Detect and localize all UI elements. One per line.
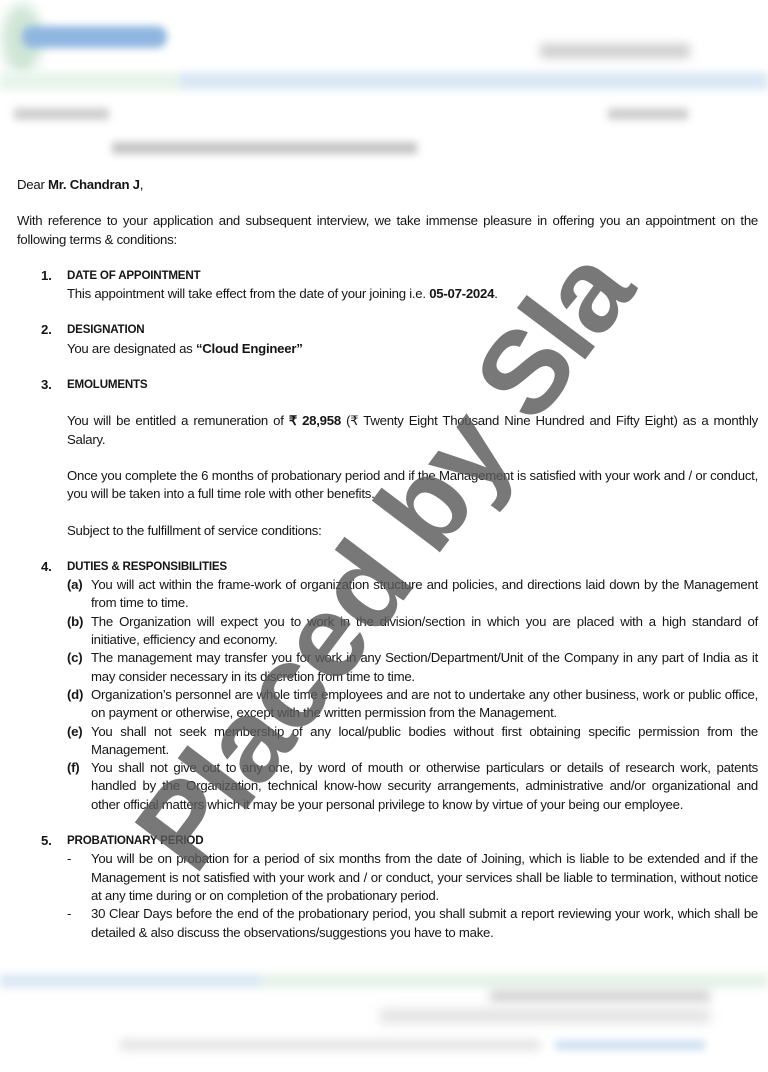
text: You are designated as xyxy=(67,341,196,356)
list-item: (d)Organization’s personnel are whole ti… xyxy=(67,686,758,723)
list-item: (e)You shall not seek membership of any … xyxy=(67,723,758,760)
section-emoluments: 3. EMOLUMENTS You will be entitled a rem… xyxy=(17,376,758,540)
list-item: -30 Clear Days before the end of the pro… xyxy=(67,905,758,942)
item-text: You shall not give out to any one, by wo… xyxy=(91,760,758,812)
remuneration-paragraph: You will be entitled a remuneration of ₹… xyxy=(67,412,758,449)
recipient-name: Mr. Chandran J xyxy=(48,177,140,192)
designation-value: “Cloud Engineer” xyxy=(196,341,303,356)
item-text: The Organization will expect you to work… xyxy=(91,614,758,647)
section-text: This appointment will take effect from t… xyxy=(67,285,758,303)
item-text: Organization’s personnel are whole time … xyxy=(91,687,758,720)
service-conditions-paragraph: Subject to the fulfillment of service co… xyxy=(67,522,758,540)
text: This appointment will take effect from t… xyxy=(67,286,429,301)
section-title: DATE OF APPOINTMENT xyxy=(67,267,758,285)
letter-body: Dear Mr. Chandran J, With reference to y… xyxy=(17,176,758,942)
item-label: (e) xyxy=(67,723,82,741)
footer-website-link-blurred xyxy=(555,1040,705,1050)
text: . xyxy=(494,286,497,301)
section-number: 2. xyxy=(41,321,52,339)
item-text: 30 Clear Days before the end of the prob… xyxy=(91,906,758,939)
salary-amount: ₹ 28,958 xyxy=(289,413,341,428)
footer-company-name-blurred xyxy=(490,990,710,1002)
probation-list: -You will be on probation for a period o… xyxy=(67,850,758,941)
intro-paragraph: With reference to your application and s… xyxy=(17,212,758,249)
section-number: 4. xyxy=(41,558,52,576)
section-number: 1. xyxy=(41,267,52,285)
footer-address-blurred xyxy=(380,1010,710,1022)
reference-number-blurred xyxy=(14,108,109,120)
item-text: You will act within the frame-work of or… xyxy=(91,577,758,610)
full-time-paragraph: Once you complete the 6 months of probat… xyxy=(67,467,758,504)
letter-date-blurred xyxy=(608,108,688,120)
item-label: (d) xyxy=(67,686,83,704)
section-title: EMOLUMENTS xyxy=(67,376,758,394)
company-logo xyxy=(22,26,167,48)
duties-list: (a)You will act within the frame-work of… xyxy=(67,576,758,814)
list-item: (c)The management may transfer you for w… xyxy=(67,649,758,686)
item-label: (b) xyxy=(67,613,83,631)
section-probationary-period: 5. PROBATIONARY PERIOD -You will be on p… xyxy=(17,832,758,942)
salutation: Dear Mr. Chandran J, xyxy=(17,176,758,194)
salutation-prefix: Dear xyxy=(17,177,48,192)
bullet-dash: - xyxy=(67,905,71,923)
section-title: DESIGNATION xyxy=(67,321,758,339)
list-item: (b)The Organization will expect you to w… xyxy=(67,613,758,650)
letterhead xyxy=(0,0,768,170)
section-designation: 2. DESIGNATION You are designated as “Cl… xyxy=(17,321,758,358)
list-item: (f)You shall not give out to any one, by… xyxy=(67,759,758,814)
bullet-dash: - xyxy=(67,850,71,868)
item-label: (c) xyxy=(67,649,82,667)
header-contact-blurred xyxy=(540,44,690,58)
section-date-of-appointment: 1. DATE OF APPOINTMENT This appointment … xyxy=(17,267,758,304)
section-title: DUTIES & RESPONSIBILITIES xyxy=(67,558,758,576)
section-title: PROBATIONARY PERIOD xyxy=(67,832,758,850)
list-item: (a)You will act within the frame-work of… xyxy=(67,576,758,613)
letter-subject-blurred xyxy=(112,142,417,154)
section-number: 5. xyxy=(41,832,52,850)
list-item: -You will be on probation for a period o… xyxy=(67,850,758,905)
footer-contact-blurred xyxy=(120,1040,540,1050)
section-number: 3. xyxy=(41,376,52,394)
header-color-band xyxy=(0,72,768,90)
section-duties: 4. DUTIES & RESPONSIBILITIES (a)You will… xyxy=(17,558,758,814)
item-label: (f) xyxy=(67,759,79,777)
item-text: You will be on probation for a period of… xyxy=(91,851,758,903)
item-label: (a) xyxy=(67,576,82,594)
item-text: You shall not seek membership of any loc… xyxy=(91,724,758,757)
joining-date: 05-07-2024 xyxy=(429,286,494,301)
section-text: You are designated as “Cloud Engineer” xyxy=(67,340,758,358)
text: You will be entitled a remuneration of xyxy=(67,413,289,428)
salutation-suffix: , xyxy=(140,177,143,192)
footer-color-band xyxy=(0,974,768,988)
item-text: The management may transfer you for work… xyxy=(91,650,758,683)
